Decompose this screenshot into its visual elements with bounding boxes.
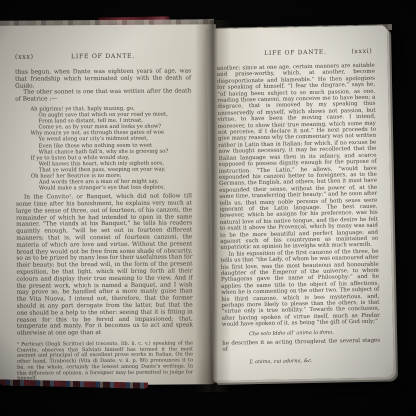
right-page-content: LIFE OF DANTE. (xxxi) another; since at … (216, 48, 380, 370)
left-running-title: LIFE OF DANTE. (15, 52, 191, 60)
left-page-number: (xxx) (15, 54, 34, 61)
italian-quote-line: Che solo Iddio all’ anima la dona, (249, 328, 380, 337)
left-page: (xxx) LIFE OF DANTE. thus begun, when Da… (0, 24, 218, 386)
sonnet: Ah pilgrims! ye that, haply musing, go, … (30, 105, 192, 191)
right-page: LIFE OF DANTE. (xxxi) another; since at … (206, 25, 394, 381)
right-page-header: LIFE OF DANTE. (xxxi) (216, 48, 374, 60)
paragraph: In his exposition of the first canzone o… (220, 248, 380, 328)
left-page-header: (xxx) LIFE OF DANTE. (15, 52, 191, 62)
paragraph: In the Convito¹, or Banquet, which did n… (16, 194, 193, 338)
right-page-number: (xxxi) (351, 48, 372, 55)
poem-line: Would make a stranger’s eye that loss de… (39, 185, 192, 192)
footnote: ¹ Perticari (Degli Scrittori del trecent… (17, 341, 193, 382)
paragraph: he describes it as acting throughout the… (222, 337, 380, 353)
left-page-content: (xxx) LIFE OF DANTE. thus begun, when Da… (15, 52, 193, 385)
closing-italian-quote: L’ anima, cui adorna, &c. (250, 357, 381, 366)
paragraph: The other sonnet is one that was written… (15, 89, 191, 104)
paragraph: another; since at one age, certain manne… (217, 63, 379, 252)
photo-background: (xxx) LIFE OF DANTE. thus begun, when Da… (0, 0, 416, 416)
paragraph: thus begun, when Dante was eighteen year… (15, 68, 191, 90)
